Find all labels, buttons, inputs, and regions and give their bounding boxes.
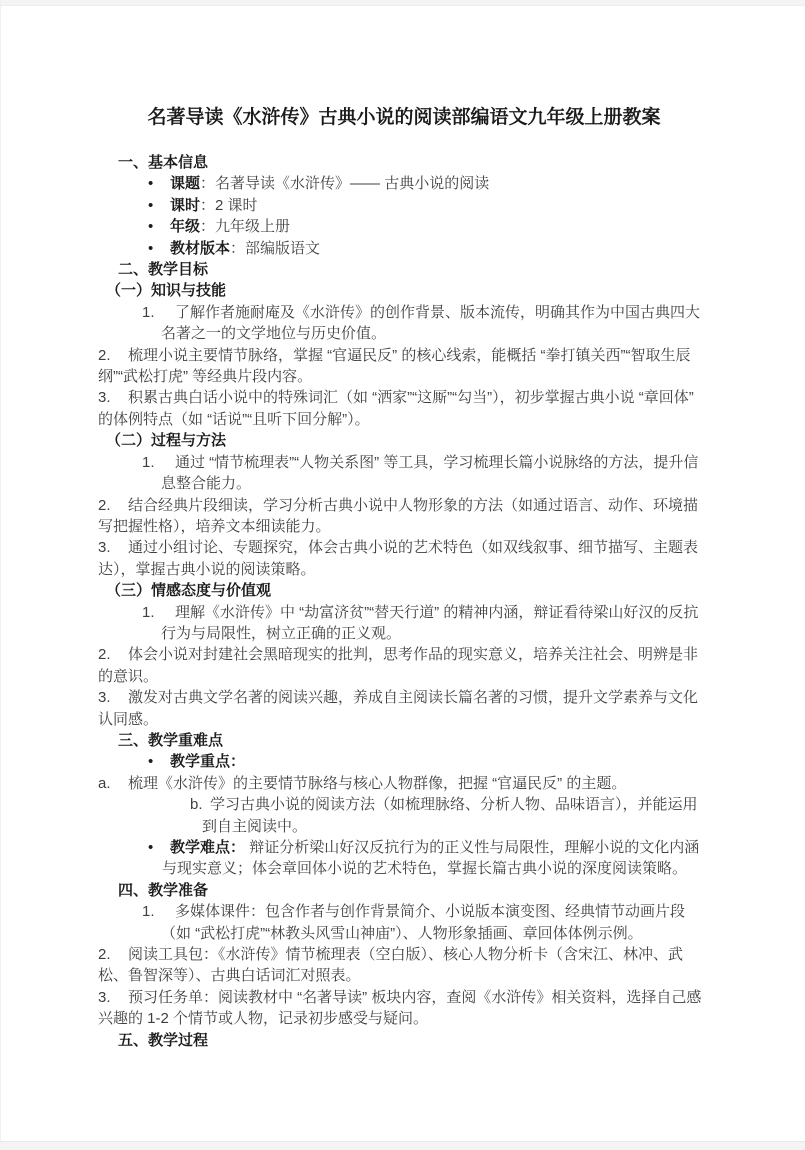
item-label: 课题 (170, 175, 200, 192)
numbered-item: 1.理解《水浒传》中 “劫富济贫”“替天行道” 的精神内涵，辩证看待梁山好汉的反… (98, 602, 710, 645)
viewer-bottom-edge (0, 1141, 805, 1150)
item-marker: 1. (142, 602, 175, 623)
bullet-dot: • (148, 216, 153, 237)
numbered-item: 1.多媒体课件：包含作者与创作背景简介、小说版本演变图、经典情节动画片段（如 “… (98, 901, 710, 944)
item-marker: 3. (98, 987, 128, 1008)
numbered-item: 2.阅读工具包：《水浒传》情节梳理表（空白版）、核心人物分析卡（含宋江、林冲、武… (98, 944, 710, 987)
item-label: 教材版本 (170, 240, 230, 257)
bulleted-item-grade: •年级：九年级上册 (98, 216, 710, 237)
numbered-item: 2.结合经典片段细读，学习分析古典小说中人物形象的方法（如通过语言、动作、环境描… (98, 495, 710, 538)
bulleted-item-topic: •课题：名著导读《水浒传》—— 古典小说的阅读 (98, 173, 710, 194)
bullet-dot: • (148, 751, 153, 772)
item-text: 理解《水浒传》中 “劫富济贫”“替天行道” 的精神内涵，辩证看待梁山好汉的反抗行… (161, 604, 698, 642)
bulleted-item-focus: •教学重点： (98, 751, 710, 772)
item-separator: ： (200, 218, 215, 235)
numbered-item: 1.通过 “情节梳理表”“人物关系图” 等工具，学习梳理长篇小说脉络的方法，提升… (98, 452, 710, 495)
lettered-item: b.学习古典小说的阅读方法（如梳理脉络、分析人物、品味语言），并能运用到自主阅读… (98, 794, 710, 837)
numbered-item: 3.激发对古典文学名著的阅读兴趣，养成自主阅读长篇名著的习惯，提升文学素养与文化… (98, 687, 710, 730)
item-text: 通过 “情节梳理表”“人物关系图” 等工具，学习梳理长篇小说脉络的方法，提升信息… (161, 454, 698, 492)
numbered-item: 3.预习任务单：阅读教材中 “名著导读” 板块内容，查阅《水浒传》相关资料，选择… (98, 987, 710, 1030)
item-marker: 2. (98, 644, 128, 665)
item-label: 教学重点 (170, 753, 230, 770)
item-text: 了解作者施耐庵及《水浒传》的创作背景、版本流传，明确其作为中国古典四大名著之一的… (161, 304, 700, 342)
item-text: 结合经典片段细读，学习分析古典小说中人物形象的方法（如通过语言、动作、环境描写把… (98, 497, 698, 535)
subsection-heading-process: （二）过程与方法 (98, 430, 710, 451)
item-label: 教学难点 (170, 839, 230, 856)
subsection-heading-values: （三）情感态度与价值观 (98, 580, 710, 601)
item-marker: 2. (98, 495, 128, 516)
numbered-item: 3.通过小组讨论、专题探究，体会古典小说的艺术特色（如双线叙事、细节描写、主题表… (98, 537, 710, 580)
item-value: 2 课时 (215, 197, 258, 214)
section-heading-basic-info: 一、基本信息 (98, 152, 710, 173)
item-text: 通过小组讨论、专题探究，体会古典小说的艺术特色（如双线叙事、细节描写、主题表达）… (98, 539, 698, 577)
item-marker: 1. (142, 452, 175, 473)
bullet-dot: • (148, 837, 153, 858)
item-text: 阅读工具包：《水浒传》情节梳理表（空白版）、核心人物分析卡（含宋江、林冲、武松、… (98, 946, 683, 984)
item-text: 多媒体课件：包含作者与创作背景简介、小说版本演变图、经典情节动画片段（如 “武松… (161, 903, 685, 941)
item-separator: ： (230, 240, 245, 257)
item-separator: ： (200, 197, 215, 214)
item-text: 体会小说对封建社会黑暗现实的批判，思考作品的现实意义，培养关注社会、明辨是非的意… (98, 646, 698, 684)
section-preparation: 四、教学准备 1.多媒体课件：包含作者与创作背景简介、小说版本演变图、经典情节动… (98, 880, 710, 1030)
item-separator: ： (200, 175, 215, 192)
lettered-item: a.梳理《水浒传》的主要情节脉络与核心人物群像，把握 “官逼民反” 的主题。 (98, 773, 710, 794)
bullet-dot: • (148, 195, 153, 216)
numbered-item: 2.体会小说对封建社会黑暗现实的批判，思考作品的现实意义，培养关注社会、明辨是非… (98, 644, 710, 687)
bulleted-item-textbook: •教材版本：部编版语文 (98, 238, 710, 259)
viewer-top-edge (0, 0, 805, 6)
item-separator: ： (230, 839, 245, 856)
section-heading-process: 五、教学过程 (98, 1030, 710, 1051)
item-value: 名著导读《水浒传》—— 古典小说的阅读 (215, 175, 489, 192)
item-marker: 3. (98, 387, 128, 408)
section-key-points: 三、教学重难点 •教学重点： a.梳理《水浒传》的主要情节脉络与核心人物群像，把… (98, 730, 710, 880)
doc-title: 名著导读《水浒传》古典小说的阅读部编语文九年级上册教案 (98, 103, 710, 133)
bullet-dot: • (148, 173, 153, 194)
item-marker: b. (190, 794, 210, 815)
item-separator: ： (230, 753, 245, 770)
section-basic-info: 一、基本信息 •课题：名著导读《水浒传》—— 古典小说的阅读 •课时：2 课时 … (98, 152, 710, 259)
item-marker: 2. (98, 944, 128, 965)
numbered-item: 1.了解作者施耐庵及《水浒传》的创作背景、版本流传，明确其作为中国古典四大名著之… (98, 302, 710, 345)
section-process: 五、教学过程 (98, 1030, 710, 1051)
section-heading-key-points: 三、教学重难点 (98, 730, 710, 751)
item-marker: 1. (142, 302, 175, 323)
section-heading-preparation: 四、教学准备 (98, 880, 710, 901)
item-marker: 3. (98, 537, 128, 558)
bullet-dot: • (148, 238, 153, 259)
item-marker: 2. (98, 345, 128, 366)
viewer-left-edge (0, 0, 1, 1150)
item-value: 九年级上册 (215, 218, 290, 235)
section-objectives: 二、教学目标 （一）知识与技能 1.了解作者施耐庵及《水浒传》的创作背景、版本流… (98, 259, 710, 730)
document-page: 名著导读《水浒传》古典小说的阅读部编语文九年级上册教案 一、基本信息 •课题：名… (98, 103, 710, 1051)
item-label: 课时 (170, 197, 200, 214)
section-heading-objectives: 二、教学目标 (98, 259, 710, 280)
item-text: 激发对古典文学名著的阅读兴趣，养成自主阅读长篇名著的习惯，提升文学素养与文化认同… (98, 689, 698, 727)
item-label: 年级 (170, 218, 200, 235)
item-text: 梳理《水浒传》的主要情节脉络与核心人物群像，把握 “官逼民反” 的主题。 (128, 775, 626, 792)
item-text: 梳理小说主要情节脉络，掌握 “官逼民反” 的核心线索，能概括 “拳打镇关西”“智… (98, 347, 690, 385)
item-text: 学习古典小说的阅读方法（如梳理脉络、分析人物、品味语言），并能运用到自主阅读中。 (202, 796, 698, 834)
numbered-item: 2.梳理小说主要情节脉络，掌握 “官逼民反” 的核心线索，能概括 “拳打镇关西”… (98, 345, 710, 388)
subsection-heading-knowledge: （一）知识与技能 (98, 280, 710, 301)
item-text: 积累古典白话小说中的特殊词汇（如 “洒家”“这厮”“勾当”），初步掌握古典小说 … (98, 389, 694, 427)
item-marker: a. (98, 773, 128, 794)
item-value: 部编版语文 (245, 240, 320, 257)
bulleted-item-difficulty: •教学难点： 辩证分析梁山好汉反抗行为的正义性与局限性，理解小说的文化内涵与现实… (98, 837, 710, 880)
item-marker: 3. (98, 687, 128, 708)
item-text: 预习任务单：阅读教材中 “名著导读” 板块内容，查阅《水浒传》相关资料，选择自己… (98, 989, 701, 1027)
item-marker: 1. (142, 901, 175, 922)
bulleted-item-periods: •课时：2 课时 (98, 195, 710, 216)
numbered-item: 3.积累古典白话小说中的特殊词汇（如 “洒家”“这厮”“勾当”），初步掌握古典小… (98, 387, 710, 430)
